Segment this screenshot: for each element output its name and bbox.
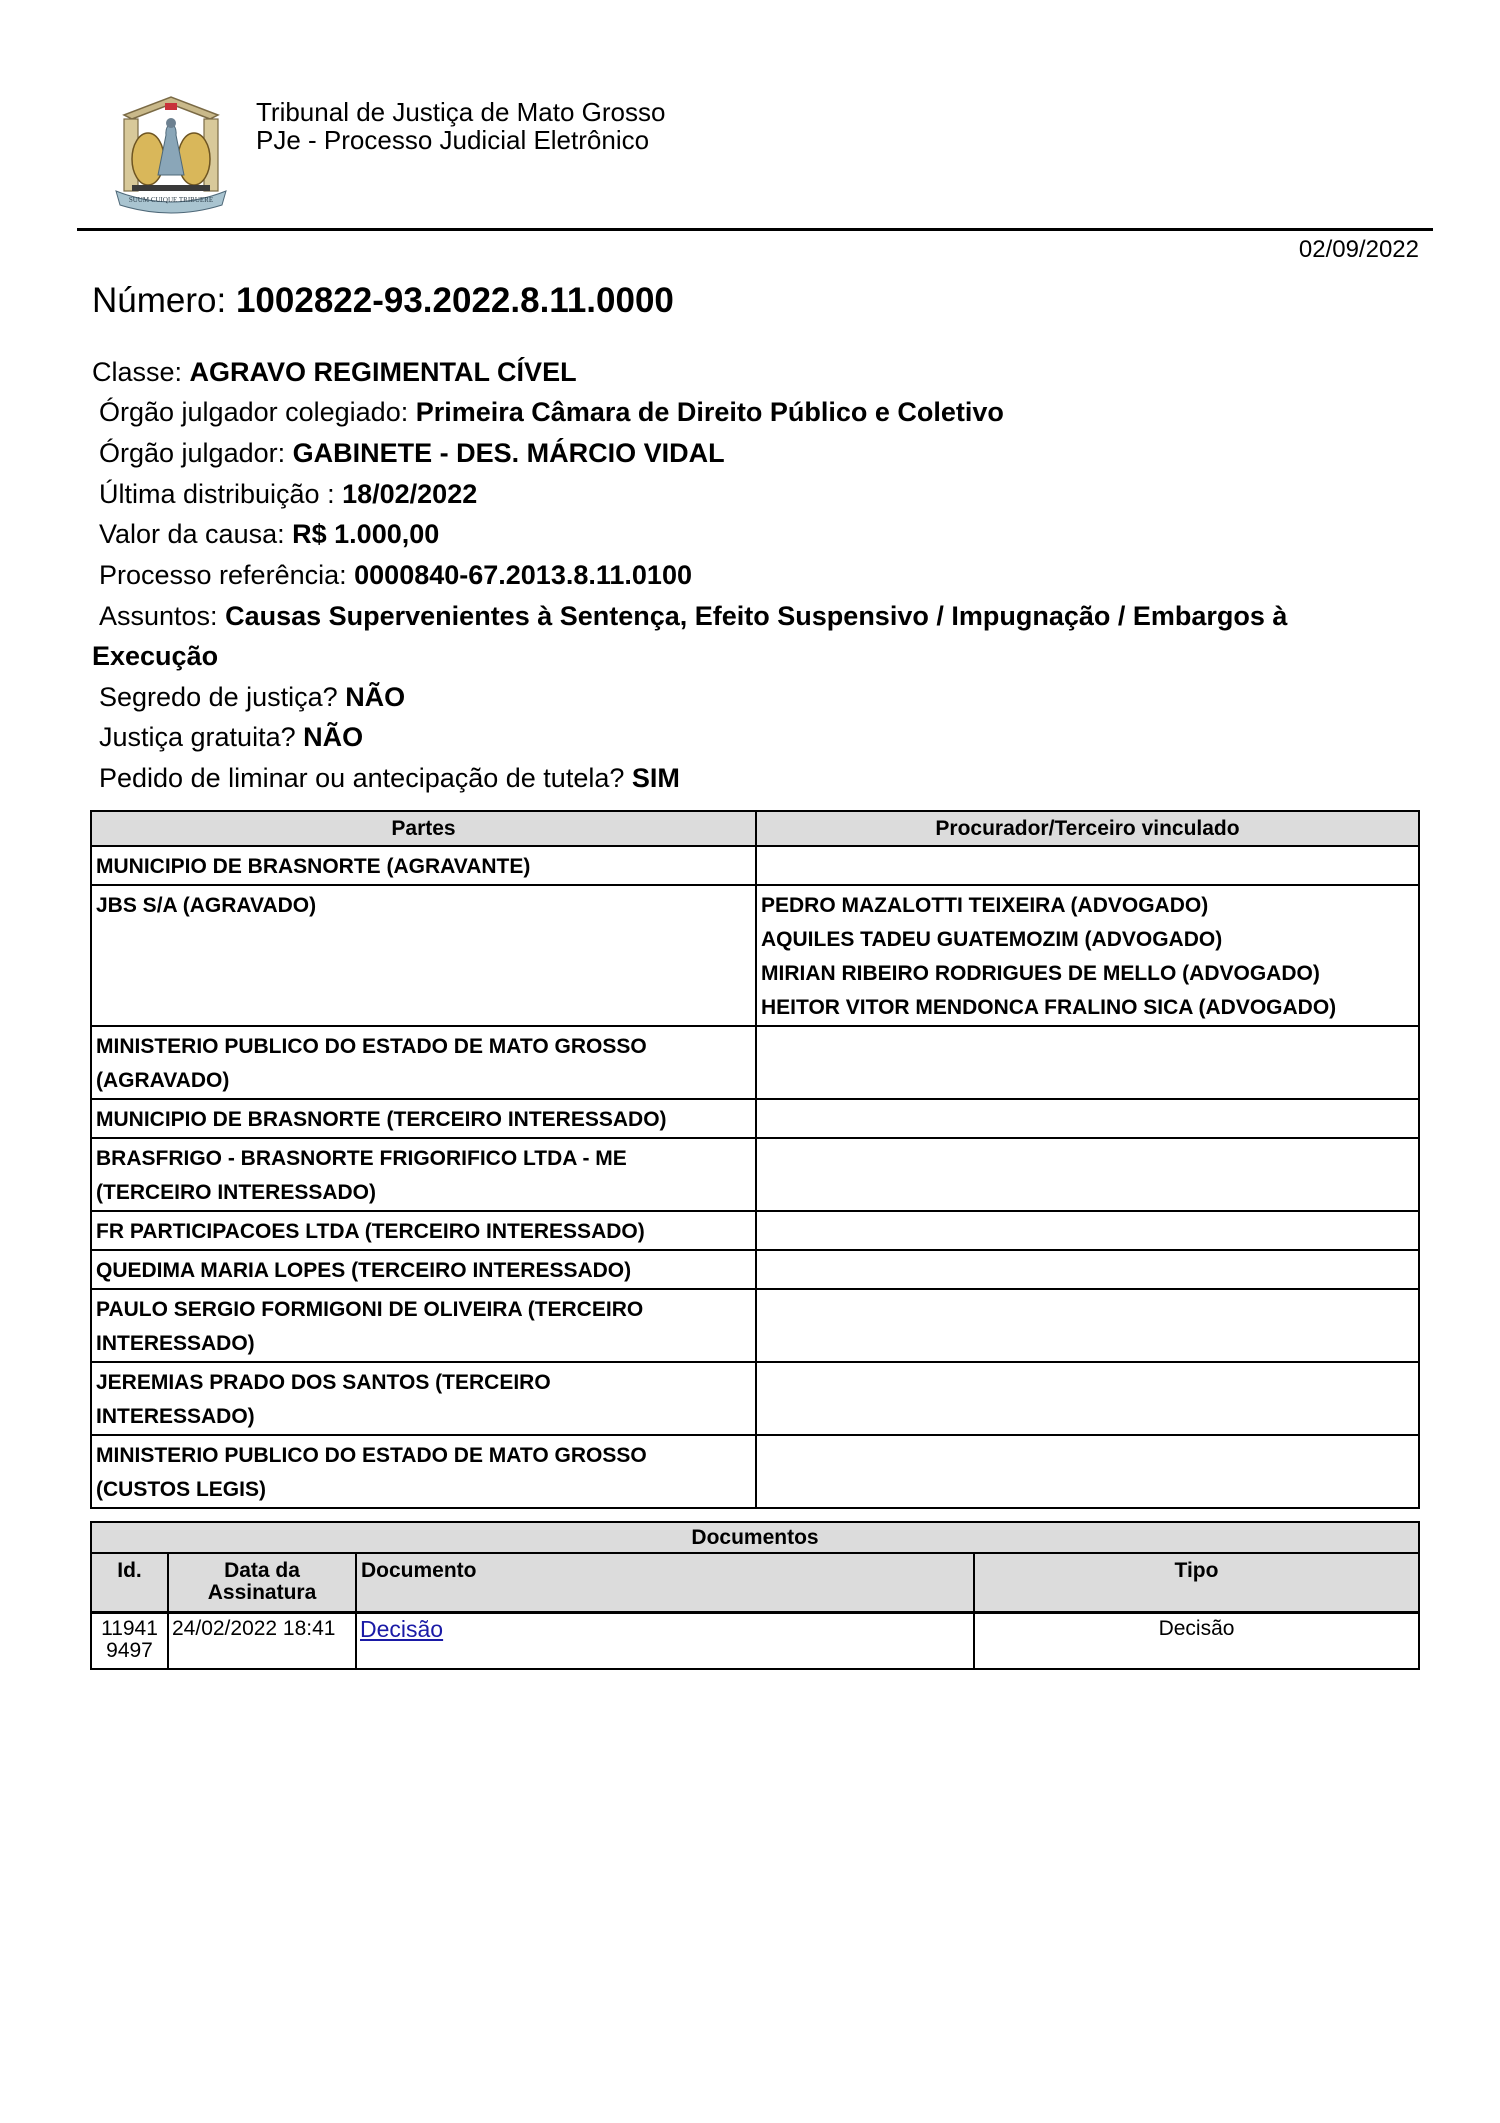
assuntos-continuation: Execução <box>92 641 218 671</box>
parte-name: MINISTERIO PUBLICO DO ESTADO DE MATO GRO… <box>96 1030 751 1064</box>
documentos-table: Documentos Id. Data da Assinatura Docume… <box>90 1521 1420 1670</box>
segredo-line: Segredo de justiça? NÃO <box>99 682 405 712</box>
parte-name: INTERESSADO) <box>96 1400 751 1434</box>
orgao-julgador-value: GABINETE - DES. MÁRCIO VIDAL <box>293 438 725 468</box>
parte-name: MUNICIPIO DE BRASNORTE (TERCEIRO INTERES… <box>96 1103 751 1137</box>
orgao-colegiado-label: Órgão julgador colegiado: <box>99 397 408 427</box>
processo-referencia-line: Processo referência: 0000840-67.2013.8.1… <box>99 560 692 590</box>
gratuita-label: Justiça gratuita? <box>99 722 296 752</box>
partes-row: PAULO SERGIO FORMIGONI DE OLIVEIRA (TERC… <box>91 1289 1419 1362</box>
parte-cell: MUNICIPIO DE BRASNORTE (TERCEIRO INTERES… <box>91 1099 756 1138</box>
partes-row: BRASFRIGO - BRASNORTE FRIGORIFICO LTDA -… <box>91 1138 1419 1211</box>
classe-value: AGRAVO REGIMENTAL CÍVEL <box>190 357 577 387</box>
data-assinatura-header: Data da Assinatura <box>168 1553 356 1613</box>
parte-name: JEREMIAS PRADO DOS SANTOS (TERCEIRO <box>96 1366 751 1400</box>
documento-link[interactable]: Decisão <box>360 1616 443 1642</box>
id-header: Id. <box>91 1553 168 1613</box>
parte-cell: JBS S/A (AGRAVADO) <box>91 885 756 1026</box>
documento-id: 11941 9497 <box>91 1613 168 1670</box>
documento-header: Documento <box>356 1553 974 1613</box>
procurador-name: PEDRO MAZALOTTI TEIXEIRA (ADVOGADO) <box>761 889 1414 923</box>
liminar-line: Pedido de liminar ou antecipação de tute… <box>99 763 680 793</box>
parte-name: (AGRAVADO) <box>96 1064 751 1098</box>
segredo-value: NÃO <box>345 682 405 712</box>
procurador-name: AQUILES TADEU GUATEMOZIM (ADVOGADO) <box>761 923 1414 957</box>
parte-name: MUNICIPIO DE BRASNORTE (AGRAVANTE) <box>96 850 751 884</box>
procurador-cell <box>756 1211 1419 1250</box>
partes-row: MINISTERIO PUBLICO DO ESTADO DE MATO GRO… <box>91 1435 1419 1508</box>
court-emblem-icon: SUUM CUIQUE TRIBUERE <box>110 93 232 215</box>
court-logo: SUUM CUIQUE TRIBUERE <box>110 93 232 215</box>
parte-name: BRASFRIGO - BRASNORTE FRIGORIFICO LTDA -… <box>96 1142 751 1176</box>
procurador-cell <box>756 1250 1419 1289</box>
procurador-cell <box>756 1138 1419 1211</box>
ultima-distribuicao-label: Última distribuição : <box>99 479 335 509</box>
process-number: Número: 1002822-93.2022.8.11.0000 <box>92 280 674 322</box>
partes-header: Partes <box>91 811 756 846</box>
parte-name: (TERCEIRO INTERESSADO) <box>96 1176 751 1210</box>
procurador-name: MIRIAN RIBEIRO RODRIGUES DE MELLO (ADVOG… <box>761 957 1414 991</box>
segredo-label: Segredo de justiça? <box>99 682 338 712</box>
documento-cell: Decisão <box>356 1613 974 1670</box>
partes-body: MUNICIPIO DE BRASNORTE (AGRAVANTE)JBS S/… <box>91 846 1419 1508</box>
system-name: PJe - Processo Judicial Eletrônico <box>256 126 649 154</box>
documentos-title: Documentos <box>91 1522 1419 1553</box>
procurador-cell <box>756 846 1419 885</box>
valor-causa-value: R$ 1.000,00 <box>292 519 439 549</box>
parte-name: JBS S/A (AGRAVADO) <box>96 889 751 923</box>
liminar-label: Pedido de liminar ou antecipação de tute… <box>99 763 624 793</box>
parte-cell: JEREMIAS PRADO DOS SANTOS (TERCEIROINTER… <box>91 1362 756 1435</box>
documentos-title-row: Documentos <box>91 1522 1419 1553</box>
processo-referencia-label: Processo referência: <box>99 560 347 590</box>
documento-id-line2: 9497 <box>106 1639 153 1662</box>
procurador-cell <box>756 1026 1419 1099</box>
classe-line: Classe: AGRAVO REGIMENTAL CÍVEL <box>92 357 577 387</box>
parte-cell: MINISTERIO PUBLICO DO ESTADO DE MATO GRO… <box>91 1026 756 1099</box>
parte-name: MINISTERIO PUBLICO DO ESTADO DE MATO GRO… <box>96 1439 751 1473</box>
gratuita-line: Justiça gratuita? NÃO <box>99 722 363 752</box>
partes-table: Partes Procurador/Terceiro vinculado MUN… <box>90 810 1420 1509</box>
classe-label: Classe: <box>92 357 182 387</box>
partes-row: JBS S/A (AGRAVADO)PEDRO MAZALOTTI TEIXEI… <box>91 885 1419 1026</box>
court-name: Tribunal de Justiça de Mato Grosso <box>256 98 665 126</box>
header-divider <box>77 228 1433 231</box>
assuntos-value-cont: Execução <box>92 641 218 671</box>
process-number-label: Número: <box>92 281 226 320</box>
procurador-cell <box>756 1099 1419 1138</box>
documento-tipo: Decisão <box>974 1613 1419 1670</box>
assuntos-label: Assuntos: <box>99 601 218 631</box>
orgao-julgador-line: Órgão julgador: GABINETE - DES. MÁRCIO V… <box>99 438 725 468</box>
orgao-julgador-label: Órgão julgador: <box>99 438 285 468</box>
orgao-colegiado-value: Primeira Câmara de Direito Público e Col… <box>416 397 1004 427</box>
ultima-distribuicao-line: Última distribuição : 18/02/2022 <box>99 479 477 509</box>
parte-name: QUEDIMA MARIA LOPES (TERCEIRO INTERESSAD… <box>96 1254 751 1288</box>
procurador-cell <box>756 1289 1419 1362</box>
parte-cell: MINISTERIO PUBLICO DO ESTADO DE MATO GRO… <box>91 1435 756 1508</box>
svg-text:SUUM CUIQUE TRIBUERE: SUUM CUIQUE TRIBUERE <box>129 196 213 204</box>
parte-name: INTERESSADO) <box>96 1327 751 1361</box>
documento-data-assinatura: 24/02/2022 18:41 <box>168 1613 356 1670</box>
assuntos-line: Assuntos: Causas Supervenientes à Senten… <box>99 601 1287 631</box>
print-date: 02/09/2022 <box>1299 236 1419 264</box>
parte-cell: PAULO SERGIO FORMIGONI DE OLIVEIRA (TERC… <box>91 1289 756 1362</box>
procurador-name: HEITOR VITOR MENDONCA FRALINO SICA (ADVO… <box>761 991 1414 1025</box>
procurador-cell <box>756 1362 1419 1435</box>
parte-cell: FR PARTICIPACOES LTDA (TERCEIRO INTERESS… <box>91 1211 756 1250</box>
data-header-line2: Assinatura <box>208 1581 317 1604</box>
partes-row: MUNICIPIO DE BRASNORTE (TERCEIRO INTERES… <box>91 1099 1419 1138</box>
documento-id-line1: 11941 <box>101 1617 158 1640</box>
partes-row: JEREMIAS PRADO DOS SANTOS (TERCEIROINTER… <box>91 1362 1419 1435</box>
processo-referencia-value: 0000840-67.2013.8.11.0100 <box>354 560 692 590</box>
liminar-value: SIM <box>632 763 680 793</box>
assuntos-value: Causas Supervenientes à Sentença, Efeito… <box>225 601 1287 631</box>
partes-header-row: Partes Procurador/Terceiro vinculado <box>91 811 1419 846</box>
gratuita-value: NÃO <box>303 722 363 752</box>
parte-name: (CUSTOS LEGIS) <box>96 1473 751 1507</box>
documentos-header-row: Id. Data da Assinatura Documento Tipo <box>91 1553 1419 1613</box>
procurador-cell: PEDRO MAZALOTTI TEIXEIRA (ADVOGADO)AQUIL… <box>756 885 1419 1026</box>
data-header-line1: Data da <box>224 1559 300 1582</box>
partes-row: MUNICIPIO DE BRASNORTE (AGRAVANTE) <box>91 846 1419 885</box>
ultima-distribuicao-value: 18/02/2022 <box>342 479 477 509</box>
process-number-value: 1002822-93.2022.8.11.0000 <box>236 281 674 320</box>
parte-name: PAULO SERGIO FORMIGONI DE OLIVEIRA (TERC… <box>96 1293 751 1327</box>
parte-cell: QUEDIMA MARIA LOPES (TERCEIRO INTERESSAD… <box>91 1250 756 1289</box>
parte-cell: MUNICIPIO DE BRASNORTE (AGRAVANTE) <box>91 846 756 885</box>
partes-row: QUEDIMA MARIA LOPES (TERCEIRO INTERESSAD… <box>91 1250 1419 1289</box>
parte-name: FR PARTICIPACOES LTDA (TERCEIRO INTERESS… <box>96 1215 751 1249</box>
partes-row: MINISTERIO PUBLICO DO ESTADO DE MATO GRO… <box>91 1026 1419 1099</box>
procurador-cell <box>756 1435 1419 1508</box>
tipo-header: Tipo <box>974 1553 1419 1613</box>
partes-row: FR PARTICIPACOES LTDA (TERCEIRO INTERESS… <box>91 1211 1419 1250</box>
procurador-header: Procurador/Terceiro vinculado <box>756 811 1419 846</box>
orgao-colegiado-line: Órgão julgador colegiado: Primeira Câmar… <box>99 397 1004 427</box>
documento-row: 11941 9497 24/02/2022 18:41 Decisão Deci… <box>91 1613 1419 1670</box>
valor-causa-line: Valor da causa: R$ 1.000,00 <box>99 519 439 549</box>
parte-cell: BRASFRIGO - BRASNORTE FRIGORIFICO LTDA -… <box>91 1138 756 1211</box>
valor-causa-label: Valor da causa: <box>99 519 285 549</box>
